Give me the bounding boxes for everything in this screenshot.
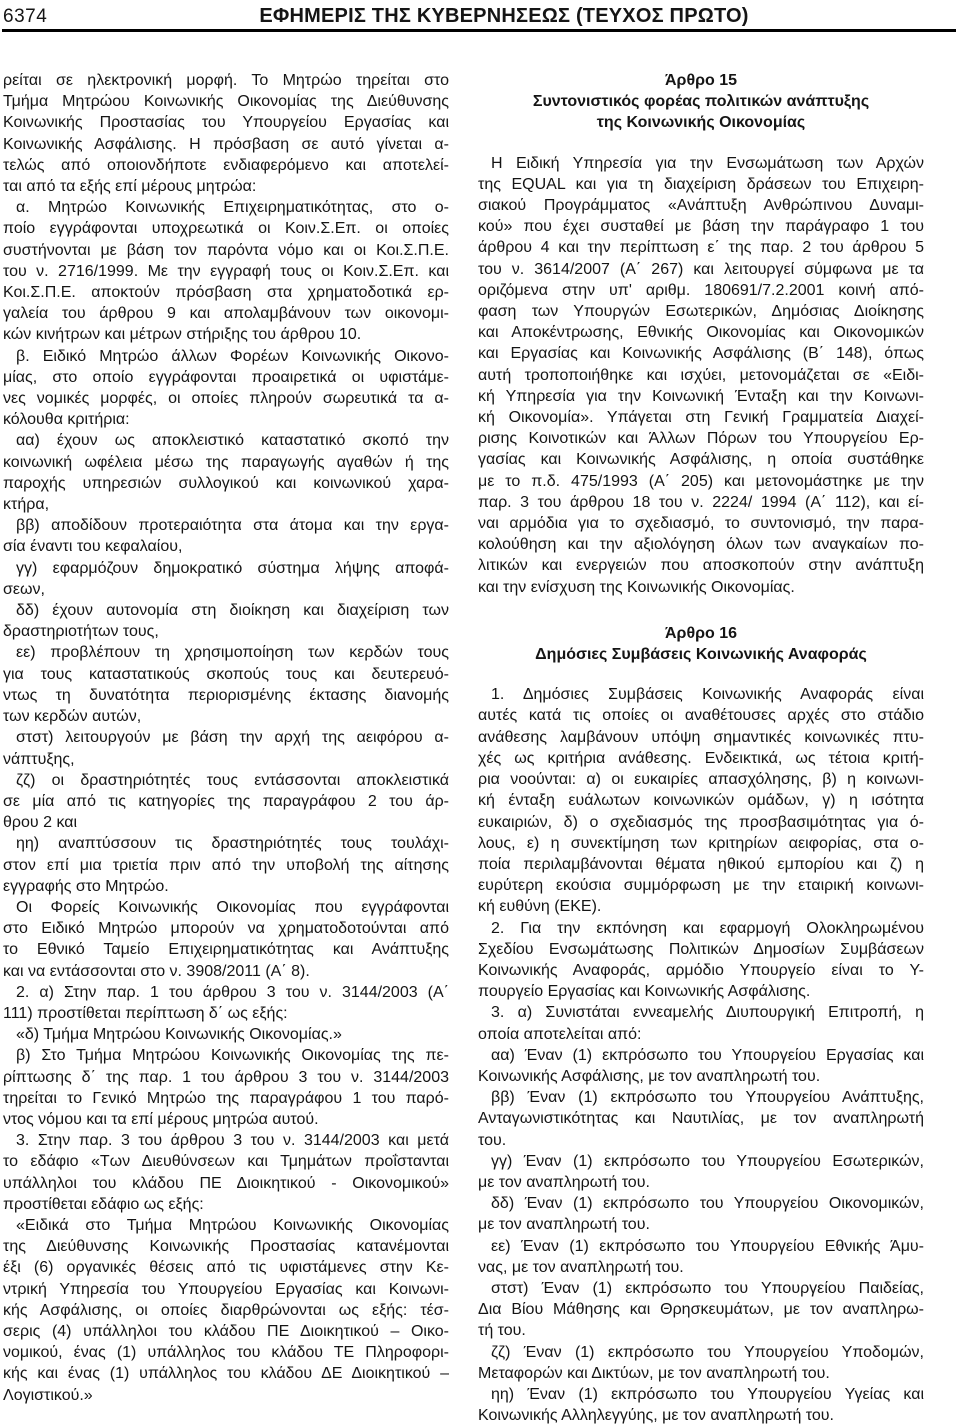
text-line: Κοινωνικής Αναφοράς, αρμόδιο Υπουργείο ε… <box>478 960 924 981</box>
text-line: της EQUAL και για τη διαχείριση δράσεων … <box>478 174 924 195</box>
text-line: ηη) Έναν (1) εκπρόσωπο του Υπουργείου Υγ… <box>478 1384 924 1405</box>
text-line: για τους καταστατικούς σκοπούς τους και … <box>3 664 449 685</box>
text-line: Δια Βίου Μάθησης και Θρησκευμάτων, με το… <box>478 1299 924 1320</box>
text-line: ηη) αναπτύσσουν τις δραστηριότητές τους … <box>3 833 449 854</box>
text-line: ανάθεσης λαμβάνουν υπόψη σημαντικές κοιν… <box>478 727 924 748</box>
text-line: λους, ε) η συνεκτίμηση των κριτηρίων αει… <box>478 833 924 854</box>
text-line: ρισης Κοινοτικών και Άλλων Πόρων του Υπο… <box>478 428 924 449</box>
text-line: ζζ) οι δραστηριότητές τους εντάσσονται α… <box>3 770 449 791</box>
text-line: 3. α) Συνιστάται εννεαμελής Διυπουργική … <box>478 1002 924 1023</box>
text-line: κού» που έχει συσταθεί με βάση την παράγ… <box>478 216 924 237</box>
text-line: γασίας και Κοινωνικής Ασφάλισης, η οποία… <box>478 449 924 470</box>
paragraph: ηη) αναπτύσσουν τις δραστηριότητές τους … <box>3 833 449 897</box>
paragraph: 3. Στην παρ. 3 του άρθρου 3 του ν. 3144/… <box>3 1130 449 1215</box>
text-line: κόλουθα κριτήρια: <box>3 409 449 430</box>
text-line: νας, με τον αναπληρωτή του. <box>478 1257 924 1278</box>
text-line: τηρείται το Γενικό Μητρώο της παραγράφου… <box>3 1088 449 1109</box>
text-line: β) Στο Τμήμα Μητρώου Κοινωνικής Οικονομί… <box>3 1045 449 1066</box>
text-line: κοινωνική ωφέλεια μέσω της παραγωγής αγα… <box>3 452 449 473</box>
page-title: ΕΦΗΜΕΡΙΣ ΤΗΣ ΚΥΒΕΡΝΗΣΕΩΣ (ΤΕΥΧΟΣ ΠΡΩΤΟ) <box>259 5 748 28</box>
paragraph: β) Στο Τμήμα Μητρώου Κοινωνικής Οικονομί… <box>3 1045 449 1130</box>
text-line: χές ως κριτήρια ανάθεσης. Ενδεικτικά, ως… <box>478 748 924 769</box>
paragraph: 2. α) Στην παρ. 1 του άρθρου 3 του ν. 31… <box>3 982 449 1024</box>
text-line: εε) Έναν (1) εκπρόσωπο του Υπουργείου Εθ… <box>478 1236 924 1257</box>
gazette-page: 6374 ΕΦΗΜΕΡΙΣ ΤΗΣ ΚΥΒΕΡΝΗΣΕΩΣ (ΤΕΥΧΟΣ ΠΡ… <box>0 0 960 1427</box>
text-line: δραστηριοτήτων τους, <box>3 621 449 642</box>
paragraph: Οι Φορείς Κοινωνικής Οικονομίας που εγγρ… <box>3 897 449 982</box>
paragraph: ηη) Έναν (1) εκπρόσωπο του Υπουργείου Υγ… <box>478 1384 924 1426</box>
paragraph: Η Ειδική Υπηρεσία για την Ενσωμάτωση των… <box>478 153 924 598</box>
text-line: ντως τη δυνατότητα περιορισμένης έκτασης… <box>3 685 449 706</box>
right-column: Άρθρο 15Συντονιστικός φορέας πολιτικών α… <box>478 70 924 1426</box>
paragraph: «δ) Τμήμα Μητρώου Κοινωνικής Οικονομίας.… <box>3 1024 449 1045</box>
text-line: λιτικών και ενεργειών που αποσκοπούν στη… <box>478 555 924 576</box>
text-line: α. Μητρώο Κοινωνικής Επιχειρηματικότητας… <box>3 197 449 218</box>
text-line: νες νομικές μορφές, οι οποίες πληρούν σω… <box>3 388 449 409</box>
paragraph: 3. α) Συνιστάται εννεαμελής Διυπουργική … <box>478 1002 924 1044</box>
paragraph: ρείται σε ηλεκτρονική μορφή. Το Μητρώο τ… <box>3 70 449 197</box>
text-line: ρια νοούνται: α) οι ευκαιρίες απασχόληση… <box>478 769 924 790</box>
text-line: ββ) Έναν (1) εκπρόσωπο του Υπουργείου Αν… <box>478 1087 924 1108</box>
text-line: εγγραφής στο Μητρώο. <box>3 876 449 897</box>
text-line: ντρική Υπηρεσία του Υπουργείου Εργασίας … <box>3 1279 449 1300</box>
text-line: και την ενίσχυση της Κοινωνικής Οικονομί… <box>478 577 924 598</box>
text-line: «Ειδικά στο Τμήμα Μητρώου Κοινωνικής Οικ… <box>3 1215 449 1236</box>
text-line: του ν. 2716/1999. Με την εγγραφή τους οι… <box>3 261 449 282</box>
paragraph: 1. Δημόσιες Συμβάσεις Κοινωνικής Αναφορά… <box>478 684 924 917</box>
text-line: ντος νόμου και τα επί μέρους μητρώα αυτο… <box>3 1109 449 1130</box>
text-line: σία έναντι του κεφαλαίου, <box>3 536 449 557</box>
text-line: νομικού, ένας (1) υπάλληλος του κλάδου Τ… <box>3 1342 449 1363</box>
text-line: άρθρου 4 και την περίπτωση ε΄ της παρ. 2… <box>478 237 924 258</box>
article-heading: Άρθρο 15Συντονιστικός φορέας πολιτικών α… <box>478 70 924 134</box>
text-line: τή του. <box>478 1320 924 1341</box>
text-line: ββ) αποδίδουν προτεραιότητα στα άτομα κα… <box>3 515 449 536</box>
text-line: ρίπτωσης δ΄ της παρ. 1 του άρθρου 3 του … <box>3 1067 449 1088</box>
text-line: με το π.δ. 475/1993 (Α΄ 205) και μετονομ… <box>478 471 924 492</box>
text-line: μίας, στο οποίο εγγράφονται προαιρετικά … <box>3 367 449 388</box>
paragraph: ζζ) Έναν (1) εκπρόσωπο του Υπουργείου Υπ… <box>478 1342 924 1384</box>
text-line: Κοινωνικής Ασφάλισης, με τον αναπληρωτή … <box>478 1066 924 1087</box>
text-line: και Εργασίας και Κοινωνικής Ασφάλισης (Β… <box>478 343 924 364</box>
paragraph: γγ) εφαρμόζουν δημοκρατικό σύστημα λήψης… <box>3 558 449 600</box>
text-line: Σχεδίου Ενσωμάτωσης Πολιτικών Δημοσίων Σ… <box>478 939 924 960</box>
paragraph: δδ) Έναν (1) εκπρόσωπο του Υπουργείου Οι… <box>478 1193 924 1235</box>
text-line: Ανταγωνιστικότητας και Ναυτιλίας, με τον… <box>478 1108 924 1129</box>
text-line: κή ένταξη ευάλωτων κοινωνικών ομάδων, γ)… <box>478 790 924 811</box>
text-line: με τον αναπληρωτή του. <box>478 1172 924 1193</box>
text-line: οριζόμενα στην υπ' αριθμ. 180691/7.2.200… <box>478 280 924 301</box>
text-line: 3. Στην παρ. 3 του άρθρου 3 του ν. 3144/… <box>3 1130 449 1151</box>
page-number: 6374 <box>3 6 47 28</box>
text-line: κτήρα, <box>3 494 449 515</box>
text-line: σεων, <box>3 579 449 600</box>
text-line: το Εθνικό Ταμείο Επιχειρηματικότητας και… <box>3 939 449 960</box>
text-line: σερις (4) υπάλληλοι του κλάδου ΠΕ Διοικη… <box>3 1321 449 1342</box>
text-line: δδ) Έναν (1) εκπρόσωπο του Υπουργείου Οι… <box>478 1193 924 1214</box>
text-line: ζζ) Έναν (1) εκπρόσωπο του Υπουργείου Υπ… <box>478 1342 924 1363</box>
heading-line: Άρθρο 15 <box>478 70 924 91</box>
heading-line: Δημόσιες Συμβάσεις Κοινωνικής Αναφοράς <box>478 644 924 665</box>
text-line: των κερδών αυτών, <box>3 706 449 727</box>
paragraph: αα) έχουν ως αποκλειστικό καταστατικό σκ… <box>3 430 449 515</box>
text-line: β. Ειδικό Μητρώο άλλων Φορέων Κοινωνικής… <box>3 346 449 367</box>
paragraph: ββ) αποδίδουν προτεραιότητα στα άτομα κα… <box>3 515 449 557</box>
text-line: αυτή τροποποιήθηκε και ισχύει, μετονομάζ… <box>478 365 924 386</box>
text-line: κολούθηση και την αξιολόγηση όλων των αν… <box>478 534 924 555</box>
text-line: θρου 2 και <box>3 812 449 833</box>
text-line: στστ) Έναν (1) εκπρόσωπο του Υπουργείου … <box>478 1278 924 1299</box>
text-line: 2. Για την εκπόνηση και εφαρμογή Ολοκληρ… <box>478 918 924 939</box>
text-line: εε) προβλέπουν τη χρησιμοποίηση των κερδ… <box>3 642 449 663</box>
text-line: Η Ειδική Υπηρεσία για την Ενσωμάτωση των… <box>478 153 924 174</box>
text-line: αα) έχουν ως αποκλειστικό καταστατικό σκ… <box>3 430 449 451</box>
text-line: ναι αρμόδια για το σχεδιασμό, το συντονι… <box>478 513 924 534</box>
text-line: Οι Φορείς Κοινωνικής Οικονομίας που εγγρ… <box>3 897 449 918</box>
paragraph: β. Ειδικό Μητρώο άλλων Φορέων Κοινωνικής… <box>3 346 449 431</box>
text-line: σιακού Προγράμματος «Ανάπτυξη Ανθρώπινου… <box>478 195 924 216</box>
text-line: παρ. 3 του άρθρου 18 του ν. 2224/ 1994 (… <box>478 492 924 513</box>
text-line: του ν. 3614/2007 (Α΄ 267) και λειτουργεί… <box>478 259 924 280</box>
text-line: 1. Δημόσιες Συμβάσεις Κοινωνικής Αναφορά… <box>478 684 924 705</box>
paragraph: στστ) λειτουργούν με βάση την αρχή της α… <box>3 727 449 769</box>
text-line: γγ) εφαρμόζουν δημοκρατικό σύστημα λήψης… <box>3 558 449 579</box>
text-line: 2. α) Στην παρ. 1 του άρθρου 3 του ν. 31… <box>3 982 449 1003</box>
text-line: πουργείο Εργασίας και Κοινωνικής Ασφάλισ… <box>478 981 924 1002</box>
text-columns: ρείται σε ηλεκτρονική μορφή. Το Μητρώο τ… <box>3 70 924 1426</box>
text-line: Τμήμα Μητρώου Κοινωνικής Οικονομίας της … <box>3 91 449 112</box>
paragraph: στστ) Έναν (1) εκπρόσωπο του Υπουργείου … <box>478 1278 924 1342</box>
text-line: της Διεύθυνσης Κοινωνικής Προστασίας κατ… <box>3 1236 449 1257</box>
text-line: Λογιστικού.» <box>3 1385 449 1406</box>
text-line: σε μία από τις κατηγορίες της παραγράφου… <box>3 791 449 812</box>
text-line: κών κινήτρων και μέτρων στήριξης του άρθ… <box>3 324 449 345</box>
text-line: Κοι.Σ.Π.Ε. αποκτούν πρόσβαση στα χρηματο… <box>3 282 449 303</box>
header-rule <box>2 29 956 32</box>
text-line: και Αποκέντρωσης, Εθνικής Οικονομίας και… <box>478 322 924 343</box>
text-line: νάπτυξης, <box>3 749 449 770</box>
text-line: Κοινωνικής Προστασίας του Υπουργείου Εργ… <box>3 112 449 133</box>
left-column: ρείται σε ηλεκτρονική μορφή. Το Μητρώο τ… <box>3 70 449 1426</box>
text-line: Κοινωνικής Αλληλεγγύης, με τον αναπληρωτ… <box>478 1405 924 1426</box>
text-line: οποία αποτελείται από: <box>478 1024 924 1045</box>
text-line: γαλεία του άρθρου 9 και απολαμβάνουν των… <box>3 303 449 324</box>
text-line: ποία περιλαμβάνονται θέματα ηθικού εμπορ… <box>478 854 924 875</box>
text-line: ται από τα εξής επί μέρους μητρώα: <box>3 176 449 197</box>
text-line: το εδάφιο «Των Διευθύνσεων και Τμημάτων … <box>3 1151 449 1172</box>
text-line: γγ) Έναν (1) εκπρόσωπο του Υπουργείου Εσ… <box>478 1151 924 1172</box>
text-line: ποίο εγγράφονται υποχρεωτικά οι Κοιν.Σ.Ε… <box>3 218 449 239</box>
paragraph: 2. Για την εκπόνηση και εφαρμογή Ολοκληρ… <box>478 918 924 1003</box>
text-line: ρείται σε ηλεκτρονική μορφή. Το Μητρώο τ… <box>3 70 449 91</box>
paragraph: εε) προβλέπουν τη χρησιμοποίηση των κερδ… <box>3 642 449 727</box>
paragraph: γγ) Έναν (1) εκπρόσωπο του Υπουργείου Εσ… <box>478 1151 924 1193</box>
text-line: κής Ασφάλισης, οι οποίες διαρθρώνονται ω… <box>3 1300 449 1321</box>
text-line: με τον αναπληρωτή του. <box>478 1214 924 1235</box>
heading-line: Άρθρο 16 <box>478 623 924 644</box>
text-line: και να εντάσσονται στο ν. 3908/2011 (Α΄ … <box>3 961 449 982</box>
text-line: 111) προστίθεται περίπτωση δ΄ ως εξής: <box>3 1003 449 1024</box>
paragraph: ββ) Έναν (1) εκπρόσωπο του Υπουργείου Αν… <box>478 1087 924 1151</box>
paragraph: αα) Έναν (1) εκπρόσωπο του Υπουργείου Ερ… <box>478 1045 924 1087</box>
paragraph: εε) Έναν (1) εκπρόσωπο του Υπουργείου Εθ… <box>478 1236 924 1278</box>
article-heading: Άρθρο 16Δημόσιες Συμβάσεις Κοινωνικής Αν… <box>478 623 924 665</box>
text-line: προστίθεται εδάφιο ως εξής: <box>3 1194 449 1215</box>
page-header: 6374 ΕΦΗΜΕΡΙΣ ΤΗΣ ΚΥΒΕΡΝΗΣΕΩΣ (ΤΕΥΧΟΣ ΠΡ… <box>0 4 960 30</box>
text-line: στο Ειδικό Μητρώο μπορούν να χρηματοδοτο… <box>3 918 449 939</box>
text-line: έξι (6) οργανικές θέσεις από τις υφιστάμ… <box>3 1257 449 1278</box>
text-line: αυτές κατά τις οποίες οι αναθέτουσες αρχ… <box>478 705 924 726</box>
text-line: κής και ένας (1) υπάλληλος του κλάδου ΔΕ… <box>3 1363 449 1384</box>
paragraph: α. Μητρώο Κοινωνικής Επιχειρηματικότητας… <box>3 197 449 345</box>
text-line: υπάλληλοι του κλάδου ΠΕ Διοικητικού - Οι… <box>3 1173 449 1194</box>
paragraph: ζζ) οι δραστηριότητές τους εντάσσονται α… <box>3 770 449 834</box>
text-line: «δ) Τμήμα Μητρώου Κοινωνικής Οικονομίας.… <box>3 1024 449 1045</box>
text-line: ευρύτερη εκούσια συμμόρφωση με την εταιρ… <box>478 875 924 896</box>
text-line: παροχής υπηρεσιών συλλογικού και κοινωνι… <box>3 473 449 494</box>
paragraph: δδ) έχουν αυτονομία στη διοίκηση και δια… <box>3 600 449 642</box>
heading-line: Συντονιστικός φορέας πολιτικών ανάπτυξης <box>478 91 924 112</box>
text-line: Μεταφορών και Δικτύων, με τον αναπληρωτή… <box>478 1363 924 1384</box>
text-line: του. <box>478 1130 924 1151</box>
text-line: κή Οικονομία». Υπάγεται στη Γενική Γραμμ… <box>478 407 924 428</box>
text-line: συστήνονται με βάση τον παρόντα νόμο και… <box>3 240 449 261</box>
text-line: ευκαιριών, δ) ο σχεδιασμός της προσβασιμ… <box>478 812 924 833</box>
text-line: δδ) έχουν αυτονομία στη διοίκηση και δια… <box>3 600 449 621</box>
heading-line: της Κοινωνικής Οικονομίας <box>478 112 924 133</box>
text-line: Κοινωνικής Ασφάλισης. Η πρόσβαση σε αυτό… <box>3 134 449 155</box>
text-line: αα) Έναν (1) εκπρόσωπο του Υπουργείου Ερ… <box>478 1045 924 1066</box>
text-line: κή Υπηρεσία για την Κοινωνική Ένταξη και… <box>478 386 924 407</box>
text-line: τελώς από οποιονδήποτε ενδιαφερόμενο και… <box>3 155 449 176</box>
text-line: φαση των Υπουργών Εσωτερικών, Δημόσιας Δ… <box>478 301 924 322</box>
text-line: στστ) λειτουργούν με βάση την αρχή της α… <box>3 727 449 748</box>
text-line: κή ευθύνη (ΕΚΕ). <box>478 896 924 917</box>
text-line: στον επί μια τριετία πριν από την υποβολ… <box>3 855 449 876</box>
paragraph: «Ειδικά στο Τμήμα Μητρώου Κοινωνικής Οικ… <box>3 1215 449 1406</box>
